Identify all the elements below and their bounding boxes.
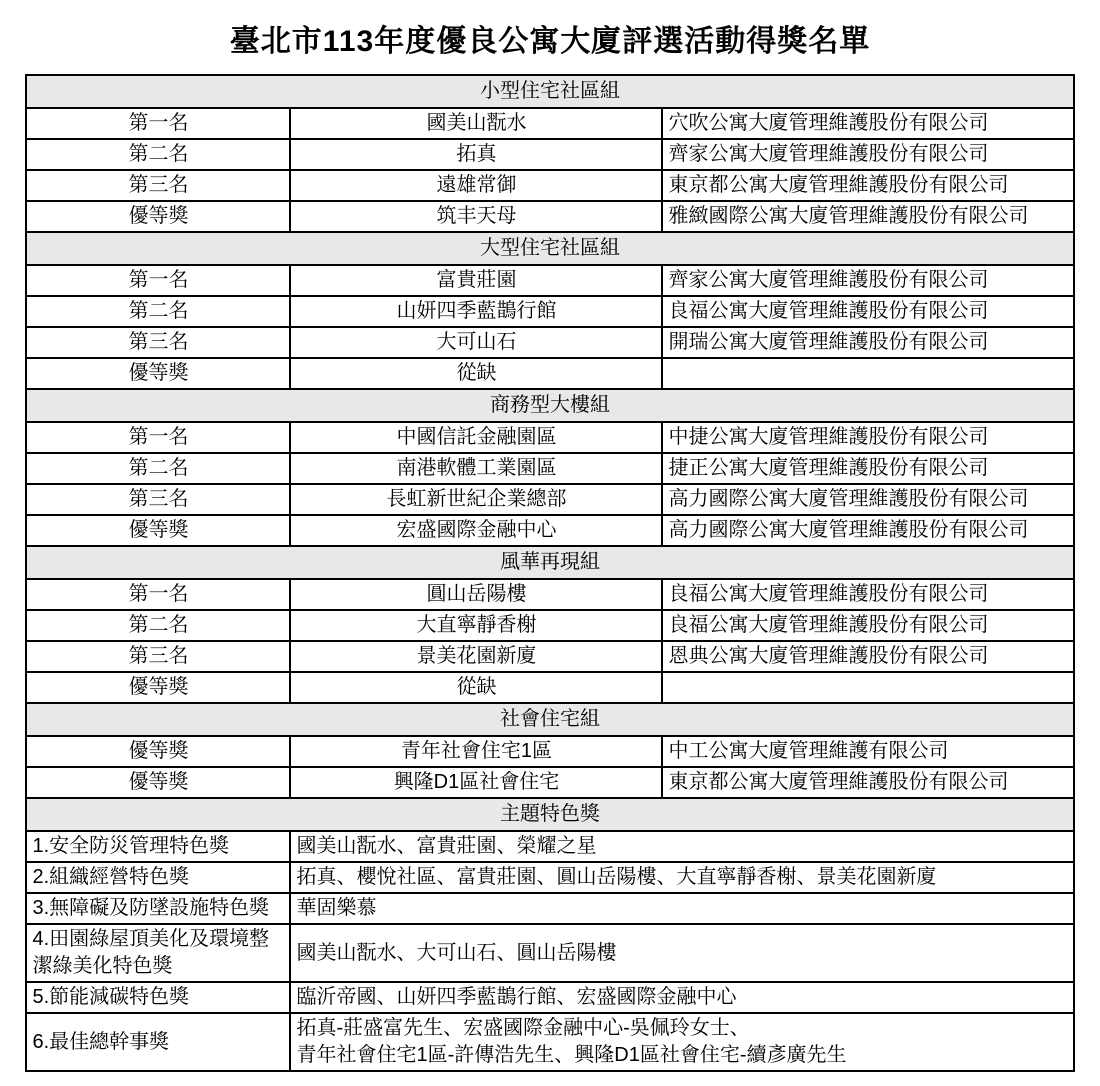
theme-value-cell: 拓真、櫻悅社區、富貴莊園、圓山岳陽樓、大直寧靜香榭、景美花園新廈 xyxy=(290,862,1073,893)
theme-label-cell: 3.無障礙及防墜設施特色獎 xyxy=(26,893,290,924)
rank-cell: 第三名 xyxy=(26,327,290,358)
community-cell: 長虹新世紀企業總部 xyxy=(290,484,662,515)
community-cell: 筑丰天母 xyxy=(290,201,662,232)
rank-cell: 第二名 xyxy=(26,139,290,170)
section-header-row: 商務型大樓組 xyxy=(26,389,1073,422)
company-cell: 恩典公寓大廈管理維護股份有限公司 xyxy=(662,641,1073,672)
rank-cell: 優等獎 xyxy=(26,201,290,232)
section-header-row: 風華再現組 xyxy=(26,546,1073,579)
section-header: 社會住宅組 xyxy=(26,703,1073,736)
rank-cell: 第二名 xyxy=(26,453,290,484)
award-row: 第二名山妍四季藍鵲行館良福公寓大廈管理維護股份有限公司 xyxy=(26,296,1073,327)
award-row: 第二名南港軟體工業園區捷正公寓大廈管理維護股份有限公司 xyxy=(26,453,1073,484)
company-cell: 良福公寓大廈管理維護股份有限公司 xyxy=(662,296,1073,327)
theme-award-row: 5.節能減碳特色獎臨沂帝國、山妍四季藍鵲行館、宏盛國際金融中心 xyxy=(26,982,1073,1013)
award-row: 優等獎從缺 xyxy=(26,672,1073,703)
theme-value-cell: 臨沂帝國、山妍四季藍鵲行館、宏盛國際金融中心 xyxy=(290,982,1073,1013)
rank-cell: 第一名 xyxy=(26,108,290,139)
section-header: 主題特色獎 xyxy=(26,798,1073,831)
theme-value-cell: 國美山翫水、富貴莊園、榮耀之星 xyxy=(290,831,1073,862)
awards-table: 小型住宅社區組第一名國美山翫水穴吹公寓大廈管理維護股份有限公司第二名拓真齊家公寓… xyxy=(25,74,1074,1072)
community-cell: 國美山翫水 xyxy=(290,108,662,139)
company-cell: 東京都公寓大廈管理維護股份有限公司 xyxy=(662,170,1073,201)
theme-label-cell: 5.節能減碳特色獎 xyxy=(26,982,290,1013)
community-cell: 山妍四季藍鵲行館 xyxy=(290,296,662,327)
company-cell: 齊家公寓大廈管理維護股份有限公司 xyxy=(662,139,1073,170)
company-cell: 東京都公寓大廈管理維護股份有限公司 xyxy=(662,767,1073,798)
company-cell: 捷正公寓大廈管理維護股份有限公司 xyxy=(662,453,1073,484)
rank-cell: 優等獎 xyxy=(26,358,290,389)
award-row: 第三名遠雄常御東京都公寓大廈管理維護股份有限公司 xyxy=(26,170,1073,201)
theme-label-cell: 4.田園綠屋頂美化及環境整潔綠美化特色獎 xyxy=(26,924,290,982)
company-cell: 雅緻國際公寓大廈管理維護股份有限公司 xyxy=(662,201,1073,232)
rank-cell: 第三名 xyxy=(26,484,290,515)
page: 臺北市113年度優良公寓大廈評選活動得獎名單 小型住宅社區組第一名國美山翫水穴吹… xyxy=(0,0,1100,1086)
section-header: 風華再現組 xyxy=(26,546,1073,579)
company-cell xyxy=(662,358,1073,389)
rank-cell: 第二名 xyxy=(26,610,290,641)
company-cell: 中工公寓大廈管理維護有限公司 xyxy=(662,736,1073,767)
award-row: 第二名拓真齊家公寓大廈管理維護股份有限公司 xyxy=(26,139,1073,170)
company-cell: 穴吹公寓大廈管理維護股份有限公司 xyxy=(662,108,1073,139)
community-cell: 青年社會住宅1區 xyxy=(290,736,662,767)
theme-award-row: 1.安全防災管理特色獎國美山翫水、富貴莊園、榮耀之星 xyxy=(26,831,1073,862)
theme-label-cell: 2.組織經營特色獎 xyxy=(26,862,290,893)
rank-cell: 第三名 xyxy=(26,641,290,672)
section-header: 小型住宅社區組 xyxy=(26,75,1073,108)
award-row: 第二名大直寧靜香榭良福公寓大廈管理維護股份有限公司 xyxy=(26,610,1073,641)
award-row: 優等獎青年社會住宅1區中工公寓大廈管理維護有限公司 xyxy=(26,736,1073,767)
awards-table-body: 小型住宅社區組第一名國美山翫水穴吹公寓大廈管理維護股份有限公司第二名拓真齊家公寓… xyxy=(26,75,1073,1071)
company-cell: 中捷公寓大廈管理維護股份有限公司 xyxy=(662,422,1073,453)
community-cell: 富貴莊園 xyxy=(290,265,662,296)
page-title: 臺北市113年度優良公寓大廈評選活動得獎名單 xyxy=(0,16,1100,60)
community-cell: 從缺 xyxy=(290,672,662,703)
community-cell: 南港軟體工業園區 xyxy=(290,453,662,484)
section-header-row: 小型住宅社區組 xyxy=(26,75,1073,108)
rank-cell: 第一名 xyxy=(26,265,290,296)
section-header: 商務型大樓組 xyxy=(26,389,1073,422)
award-row: 優等獎興隆D1區社會住宅東京都公寓大廈管理維護股份有限公司 xyxy=(26,767,1073,798)
company-cell: 良福公寓大廈管理維護股份有限公司 xyxy=(662,579,1073,610)
theme-award-row: 6.最佳總幹事獎拓真-莊盛富先生、宏盛國際金融中心-吳佩玲女士、 青年社會住宅1… xyxy=(26,1013,1073,1071)
company-cell: 高力國際公寓大廈管理維護股份有限公司 xyxy=(662,484,1073,515)
theme-value-cell: 國美山翫水、大可山石、圓山岳陽樓 xyxy=(290,924,1073,982)
rank-cell: 第一名 xyxy=(26,579,290,610)
theme-award-row: 4.田園綠屋頂美化及環境整潔綠美化特色獎國美山翫水、大可山石、圓山岳陽樓 xyxy=(26,924,1073,982)
rank-cell: 第一名 xyxy=(26,422,290,453)
award-row: 第三名大可山石開瑞公寓大廈管理維護股份有限公司 xyxy=(26,327,1073,358)
theme-award-row: 2.組織經營特色獎拓真、櫻悅社區、富貴莊園、圓山岳陽樓、大直寧靜香榭、景美花園新… xyxy=(26,862,1073,893)
theme-value-cell: 拓真-莊盛富先生、宏盛國際金融中心-吳佩玲女士、 青年社會住宅1區-許傳浩先生、… xyxy=(290,1013,1073,1071)
award-row: 第一名國美山翫水穴吹公寓大廈管理維護股份有限公司 xyxy=(26,108,1073,139)
award-row: 第三名景美花園新廈恩典公寓大廈管理維護股份有限公司 xyxy=(26,641,1073,672)
community-cell: 景美花園新廈 xyxy=(290,641,662,672)
award-row: 優等獎宏盛國際金融中心高力國際公寓大廈管理維護股份有限公司 xyxy=(26,515,1073,546)
company-cell xyxy=(662,672,1073,703)
rank-cell: 優等獎 xyxy=(26,515,290,546)
community-cell: 中國信託金融園區 xyxy=(290,422,662,453)
theme-award-row: 3.無障礙及防墜設施特色獎華固樂慕 xyxy=(26,893,1073,924)
award-row: 優等獎筑丰天母雅緻國際公寓大廈管理維護股份有限公司 xyxy=(26,201,1073,232)
rank-cell: 第二名 xyxy=(26,296,290,327)
award-row: 第一名富貴莊園齊家公寓大廈管理維護股份有限公司 xyxy=(26,265,1073,296)
award-row: 第三名長虹新世紀企業總部高力國際公寓大廈管理維護股份有限公司 xyxy=(26,484,1073,515)
section-header-row: 社會住宅組 xyxy=(26,703,1073,736)
community-cell: 興隆D1區社會住宅 xyxy=(290,767,662,798)
company-cell: 開瑞公寓大廈管理維護股份有限公司 xyxy=(662,327,1073,358)
community-cell: 從缺 xyxy=(290,358,662,389)
theme-value-cell: 華固樂慕 xyxy=(290,893,1073,924)
rank-cell: 優等獎 xyxy=(26,767,290,798)
company-cell: 良福公寓大廈管理維護股份有限公司 xyxy=(662,610,1073,641)
community-cell: 宏盛國際金融中心 xyxy=(290,515,662,546)
company-cell: 齊家公寓大廈管理維護股份有限公司 xyxy=(662,265,1073,296)
rank-cell: 第三名 xyxy=(26,170,290,201)
theme-label-cell: 6.最佳總幹事獎 xyxy=(26,1013,290,1071)
section-header-row: 主題特色獎 xyxy=(26,798,1073,831)
theme-label-cell: 1.安全防災管理特色獎 xyxy=(26,831,290,862)
rank-cell: 優等獎 xyxy=(26,672,290,703)
section-header: 大型住宅社區組 xyxy=(26,232,1073,265)
award-row: 優等獎從缺 xyxy=(26,358,1073,389)
award-row: 第一名中國信託金融園區中捷公寓大廈管理維護股份有限公司 xyxy=(26,422,1073,453)
section-header-row: 大型住宅社區組 xyxy=(26,232,1073,265)
community-cell: 拓真 xyxy=(290,139,662,170)
community-cell: 大可山石 xyxy=(290,327,662,358)
award-row: 第一名圓山岳陽樓良福公寓大廈管理維護股份有限公司 xyxy=(26,579,1073,610)
community-cell: 遠雄常御 xyxy=(290,170,662,201)
rank-cell: 優等獎 xyxy=(26,736,290,767)
community-cell: 圓山岳陽樓 xyxy=(290,579,662,610)
community-cell: 大直寧靜香榭 xyxy=(290,610,662,641)
company-cell: 高力國際公寓大廈管理維護股份有限公司 xyxy=(662,515,1073,546)
